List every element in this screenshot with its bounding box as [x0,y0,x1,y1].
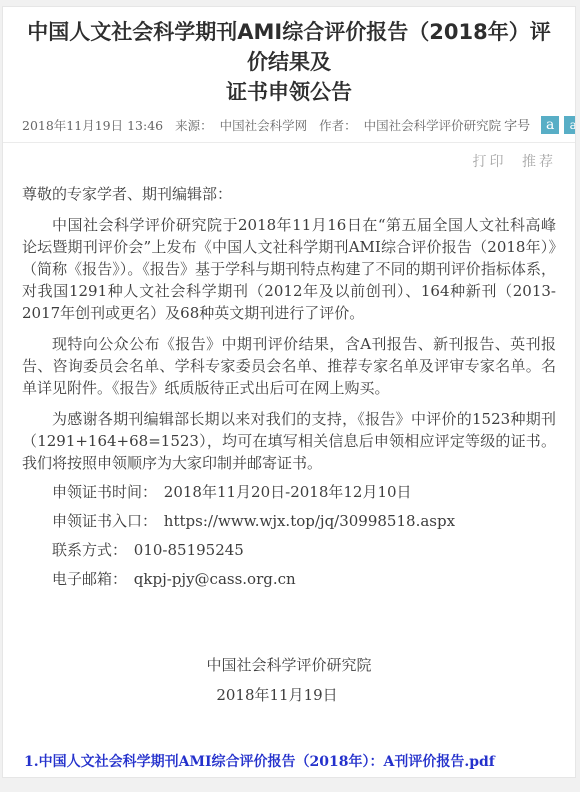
font-size-large-button[interactable]: a [541,116,559,134]
author-value: 中国社会科学评价研究院 [364,118,502,133]
print-link[interactable]: 打印 [473,154,507,170]
meta-row: 2018年11月19日 13:46 来源： 中国社会科学网 作者： 中国社会科学… [22,115,556,142]
paragraph-1: 中国社会科学评价研究院于2018年11月16日在“第五届全国人文社科高峰论坛暨期… [22,214,556,324]
contact-phone-line: 联系方式： 010-85195245 [22,539,556,561]
author-label: 作者： [319,118,357,133]
certificate-entry-url: https://www.wjx.top/jq/30998518.aspx [164,512,455,530]
paragraph-2: 现特向公众公布《报告》中期刊评价结果，含A刊报告、新刊报告、英刊报告、咨询委员会… [22,333,556,399]
font-size-medium-button[interactable]: a [564,116,576,134]
certificate-time-line: 申领证书时间： 2018年11月20日-2018年12月10日 [22,481,556,503]
source-label: 来源： [175,118,213,133]
page-title: 中国人文社会科学期刊AMI综合评价报告（2018年）评价结果及 证书申领公告 [22,17,556,107]
article-meta: 2018年11月19日 13:46 来源： 中国社会科学网 作者： 中国社会科学… [22,116,504,134]
contact-email-value: qkpj-pjy@cass.org.cn [134,570,296,588]
article-card: 中国人文社会科学期刊AMI综合评价报告（2018年）评价结果及 证书申领公告 2… [2,6,576,778]
certificate-time-value: 2018年11月20日-2018年12月10日 [164,483,412,501]
source-value: 中国社会科学网 [220,118,308,133]
article-body: 尊敬的专家学者、期刊编辑部： 中国社会科学评价研究院于2018年11月16日在“… [22,183,556,706]
contact-email-line: 电子邮箱： qkpj-pjy@cass.org.cn [22,568,556,590]
actions-row: 打印 推荐 [22,143,556,171]
paragraph-3: 为感谢各期刊编辑部长期以来对我们的支持，《报告》中评价的1523种期刊（1291… [22,408,556,474]
page-title-line2: 证书申领公告 [22,77,556,107]
salutation: 尊敬的专家学者、期刊编辑部： [22,183,556,205]
recommend-link[interactable]: 推荐 [522,154,556,170]
contact-email-label: 电子邮箱： [52,570,127,588]
publish-datetime: 2018年11月19日 13:46 [22,118,163,133]
font-size-control: 字号 a a a [504,115,576,134]
signature-date: 2018年11月19日 [10,684,544,706]
certificate-time-label: 申领证书时间： [52,483,157,501]
contact-phone-value: 010-85195245 [134,541,244,559]
page-title-line1: 中国人文社会科学期刊AMI综合评价报告（2018年）评价结果及 [22,17,556,77]
attachment-pdf-link[interactable]: 1.中国人文社会科学期刊AMI综合评价报告（2018年）：A刊评价报告.pdf [24,751,495,771]
signature-name: 中国社会科学评价研究院 [22,654,556,676]
certificate-entry-line: 申领证书入口： https://www.wjx.top/jq/30998518.… [22,510,556,532]
font-size-label: 字号 [504,115,530,134]
contact-phone-label: 联系方式： [52,541,127,559]
certificate-entry-label: 申领证书入口： [52,512,157,530]
